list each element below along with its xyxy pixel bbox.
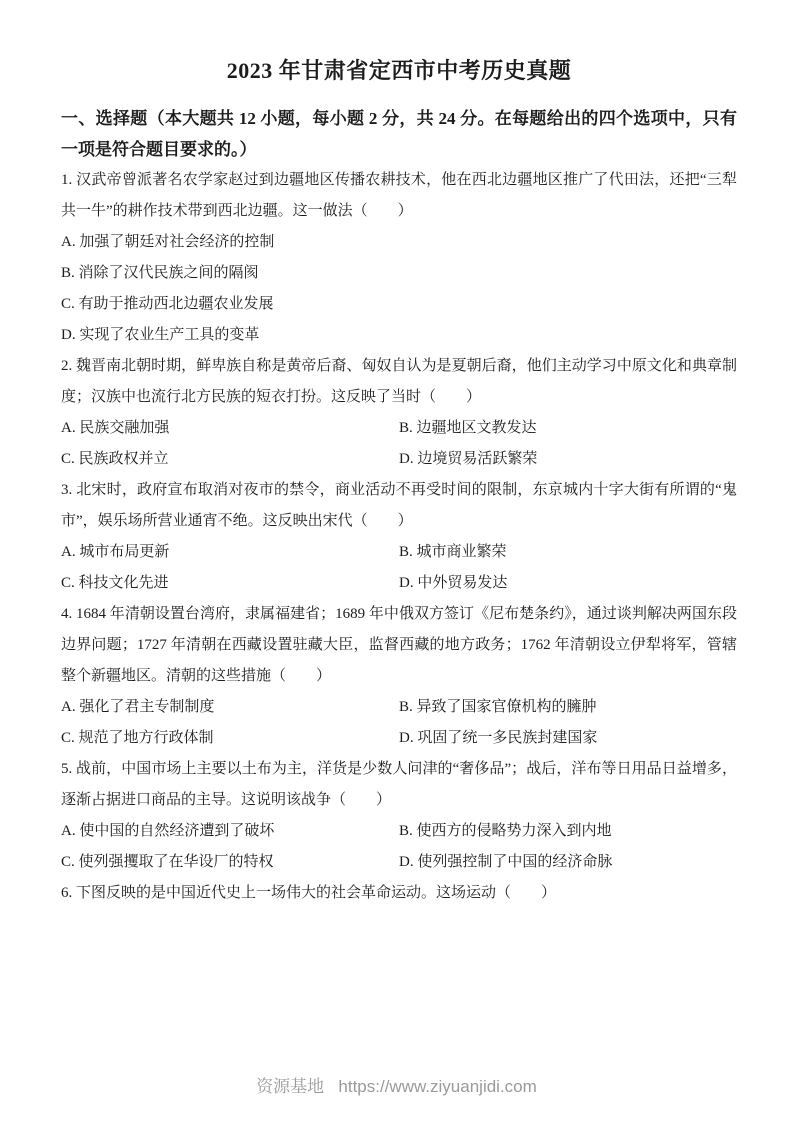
question-2-option-d: D. 边境贸易活跃繁荣 (399, 444, 737, 475)
question-3-stem: 3. 北宋时，政府宣布取消对夜市的禁令，商业活动不再受时间的限制，东京城内十字大… (61, 475, 737, 537)
question-2-options-row-1: A. 民族交融加强 B. 边疆地区文教发达 (61, 413, 737, 444)
question-5: 5. 战前，中国市场上主要以土布为主，洋货是少数人问津的“奢侈品”；战后，洋布等… (61, 754, 737, 878)
question-5-option-c: C. 使列强攫取了在华设厂的特权 (61, 847, 399, 878)
question-3-option-c: C. 科技文化先进 (61, 568, 399, 599)
question-3-option-d: D. 中外贸易发达 (399, 568, 737, 599)
question-5-stem: 5. 战前，中国市场上主要以土布为主，洋货是少数人问津的“奢侈品”；战后，洋布等… (61, 754, 737, 816)
question-3-options-row-1: A. 城市布局更新 B. 城市商业繁荣 (61, 537, 737, 568)
question-2: 2. 魏晋南北朝时期，鲜卑族自称是黄帝后裔、匈奴自认为是夏朝后裔，他们主动学习中… (61, 351, 737, 475)
question-2-option-a: A. 民族交融加强 (61, 413, 399, 444)
question-1-option-c: C. 有助于推动西北边疆农业发展 (61, 289, 737, 320)
question-2-options-row-2: C. 民族政权并立 D. 边境贸易活跃繁荣 (61, 444, 737, 475)
footer-separator (329, 1077, 334, 1096)
question-2-option-c: C. 民族政权并立 (61, 444, 399, 475)
question-4-option-c: C. 规范了地方行政体制 (61, 723, 399, 754)
footer-site-name: 资源基地 (256, 1077, 324, 1096)
question-6: 6. 下图反映的是中国近代史上一场伟大的社会革命运动。这场运动（ ） (61, 878, 737, 909)
question-5-option-d: D. 使列强控制了中国的经济命脉 (399, 847, 737, 878)
question-2-stem: 2. 魏晋南北朝时期，鲜卑族自称是黄帝后裔、匈奴自认为是夏朝后裔，他们主动学习中… (61, 351, 737, 413)
question-3-options-row-2: C. 科技文化先进 D. 中外贸易发达 (61, 568, 737, 599)
question-6-stem: 6. 下图反映的是中国近代史上一场伟大的社会革命运动。这场运动（ ） (61, 878, 737, 909)
question-4: 4. 1684 年清朝设置台湾府，隶属福建省；1689 年中俄双方签订《尼布楚条… (61, 599, 737, 754)
question-3-option-a: A. 城市布局更新 (61, 537, 399, 568)
footer-link[interactable]: https://www.ziyuanjidi.com (338, 1077, 536, 1096)
section-header: 一、选择题（本大题共 12 小题，每小题 2 分，共 24 分。在每题给出的四个… (61, 103, 737, 165)
question-4-option-d: D. 巩固了统一多民族封建国家 (399, 723, 737, 754)
question-2-option-b: B. 边疆地区文教发达 (399, 413, 737, 444)
footer-credit: 资源基地 https://www.ziyuanjidi.com (0, 1076, 793, 1098)
question-5-options-row-2: C. 使列强攫取了在华设厂的特权 D. 使列强控制了中国的经济命脉 (61, 847, 737, 878)
question-1-option-b: B. 消除了汉代民族之间的隔阂 (61, 258, 737, 289)
question-4-options-row-1: A. 强化了君主专制制度 B. 异致了国家官僚机构的臃肿 (61, 692, 737, 723)
question-3: 3. 北宋时，政府宣布取消对夜市的禁令，商业活动不再受时间的限制，东京城内十字大… (61, 475, 737, 599)
question-1-stem: 1. 汉武帝曾派著名农学家赵过到边疆地区传播农耕技术，他在西北边疆地区推广了代田… (61, 165, 737, 227)
question-1-option-a: A. 加强了朝廷对社会经济的控制 (61, 227, 737, 258)
question-4-option-b: B. 异致了国家官僚机构的臃肿 (399, 692, 737, 723)
page-content: 2023 年甘肃省定西市中考历史真题 一、选择题（本大题共 12 小题，每小题 … (0, 0, 793, 909)
question-4-option-a: A. 强化了君主专制制度 (61, 692, 399, 723)
question-4-options-row-2: C. 规范了地方行政体制 D. 巩固了统一多民族封建国家 (61, 723, 737, 754)
question-3-option-b: B. 城市商业繁荣 (399, 537, 737, 568)
question-5-option-a: A. 使中国的自然经济遭到了破坏 (61, 816, 399, 847)
question-1: 1. 汉武帝曾派著名农学家赵过到边疆地区传播农耕技术，他在西北边疆地区推广了代田… (61, 165, 737, 351)
page-title: 2023 年甘肃省定西市中考历史真题 (61, 54, 737, 88)
question-5-option-b: B. 使西方的侵略势力深入到内地 (399, 816, 737, 847)
question-1-option-d: D. 实现了农业生产工具的变革 (61, 320, 737, 351)
exam-paper-page: 2023 年甘肃省定西市中考历史真题 一、选择题（本大题共 12 小题，每小题 … (0, 0, 793, 1122)
question-5-options-row-1: A. 使中国的自然经济遭到了破坏 B. 使西方的侵略势力深入到内地 (61, 816, 737, 847)
question-4-stem: 4. 1684 年清朝设置台湾府，隶属福建省；1689 年中俄双方签订《尼布楚条… (61, 599, 737, 692)
